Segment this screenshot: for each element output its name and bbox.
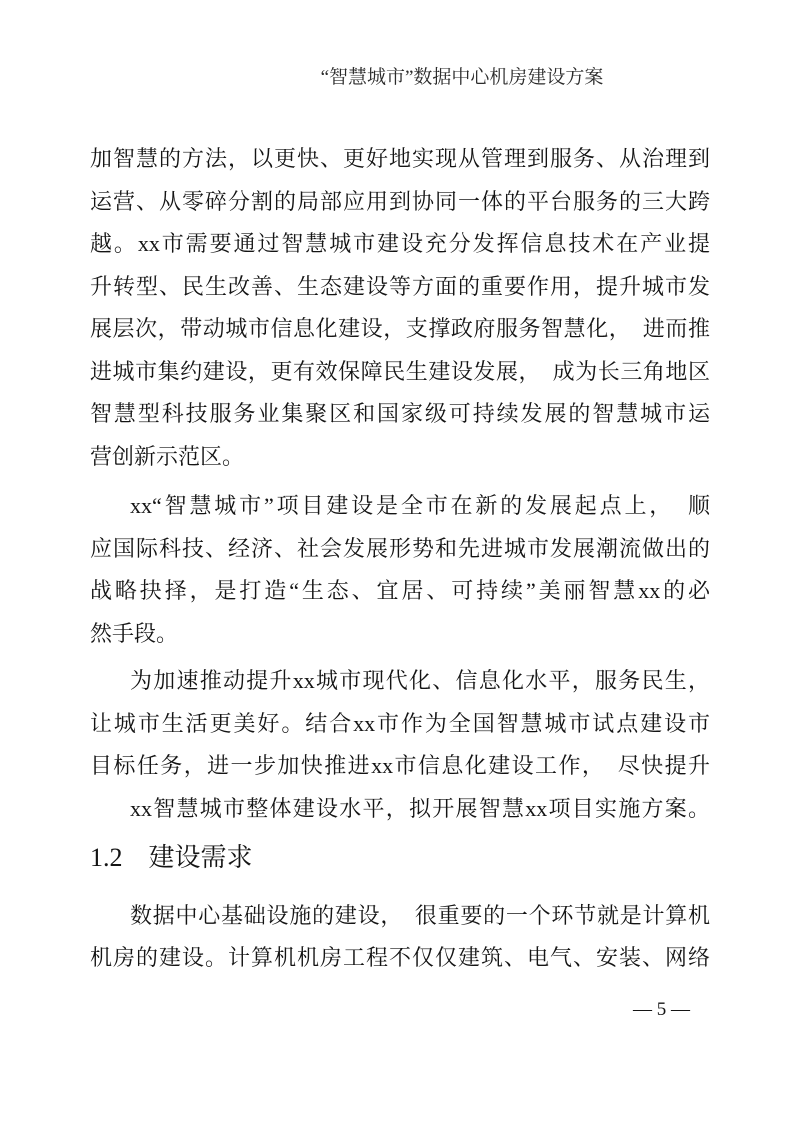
section-heading-1-2: 1.2 建设需求 (90, 837, 710, 880)
header-title: “智慧城市”数据中心机房建设方案 (321, 67, 604, 88)
text-line: 然手段。 (90, 613, 710, 656)
text-line: 战略抉择，是打造“生态、宜居、可持续”美丽智慧xx的必 (90, 570, 710, 613)
text-line: 让城市生活更美好。结合xx市作为全国智慧城市试点建设市 (90, 703, 710, 746)
text-line: 展层次，带动城市信息化建设，支撑政府服务智慧化， 进而推 (90, 308, 710, 351)
text-line: 机房的建设。计算机机房工程不仅仅建筑、电气、安装、网络 (90, 937, 710, 980)
paragraph-1: 加智慧的方法，以更快、更好地实现从管理到服务、从治理到 运营、从零碎分割的局部应… (90, 138, 710, 478)
paragraph-2: xx“智慧城市”项目建设是全市在新的发展起点上， 顺 应国际科技、经济、社会发展… (90, 485, 710, 655)
document-body: 加智慧的方法，以更快、更好地实现从管理到服务、从治理到 运营、从零碎分割的局部应… (90, 138, 710, 980)
text-line: 智慧型科技服务业集聚区和国家级可持续发展的智慧城市运 (90, 393, 710, 436)
page-footer: — 5 — (633, 998, 690, 1022)
page-header: “智慧城市”数据中心机房建设方案 (152, 66, 772, 90)
paragraph-4: 数据中心基础设施的建设， 很重要的一个环节就是计算机 机房的建设。计算机机房工程… (90, 895, 710, 980)
text-line: 运营、从零碎分割的局部应用到协同一体的平台服务的三大跨 (90, 181, 710, 224)
text-line: xx“智慧城市”项目建设是全市在新的发展起点上， 顺 (90, 485, 710, 528)
text-line: 为加速推动提升xx城市现代化、信息化水平，服务民生， (90, 660, 710, 703)
text-line: 加智慧的方法，以更快、更好地实现从管理到服务、从治理到 (90, 138, 710, 181)
document-page: “智慧城市”数据中心机房建设方案 加智慧的方法，以更快、更好地实现从管理到服务、… (0, 0, 793, 1122)
text-line: 目标任务，进一步加快推进xx市信息化建设工作， 尽快提升 (90, 745, 710, 788)
text-line: xx智慧城市整体建设水平，拟开展智慧xx项目实施方案。 (90, 788, 710, 831)
text-line: 进城市集约建设，更有效保障民生建设发展， 成为长三角地区 (90, 351, 710, 394)
text-line: 越。xx市需要通过智慧城市建设充分发挥信息技术在产业提 (90, 223, 710, 266)
text-line: 数据中心基础设施的建设， 很重要的一个环节就是计算机 (90, 895, 710, 938)
text-line: 升转型、民生改善、生态建设等方面的重要作用，提升城市发 (90, 266, 710, 309)
page-number: — 5 — (633, 999, 690, 1020)
text-line: 应国际科技、经济、社会发展形势和先进城市发展潮流做出的 (90, 528, 710, 571)
text-line: 营创新示范区。 (90, 436, 710, 479)
paragraph-3: 为加速推动提升xx城市现代化、信息化水平，服务民生， 让城市生活更美好。结合xx… (90, 660, 710, 830)
